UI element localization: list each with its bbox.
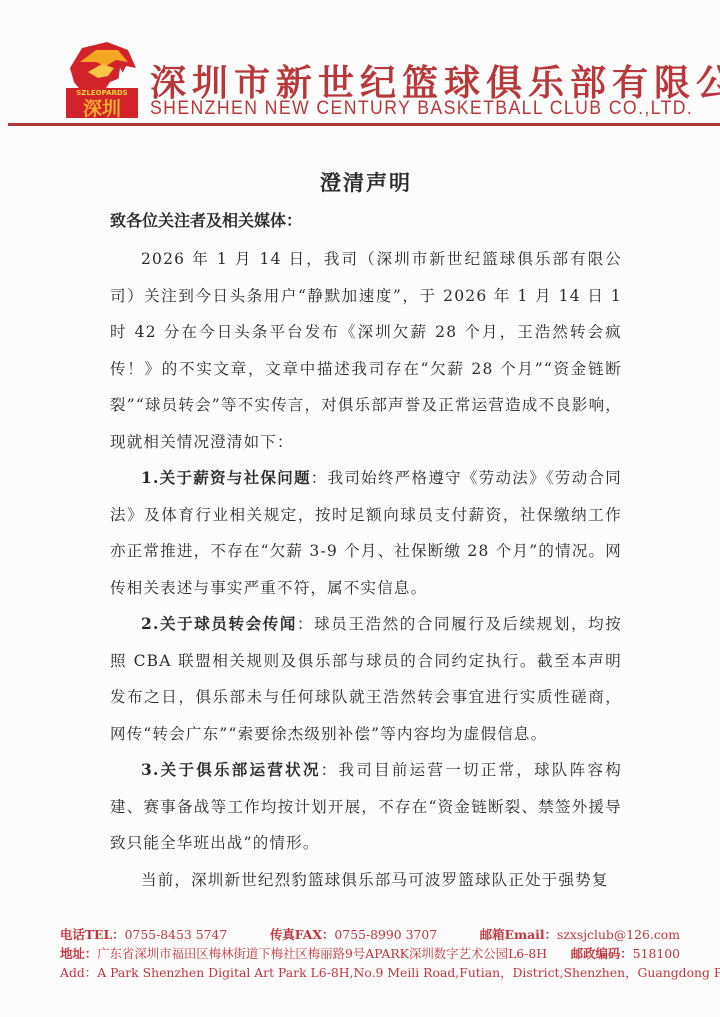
svg-text:深圳: 深圳 — [83, 98, 121, 118]
document-title: 澄清声明 — [110, 165, 622, 201]
company-name-en: SHENZHEN NEW CENTURY BASKETBALL CLUB CO.… — [150, 98, 693, 120]
paragraph-operations: 3.关于俱乐部运营状况：我司目前运营一切正常，球队阵容构建、赛事备战等工作均按计… — [110, 752, 622, 862]
svg-text:SZLEOPARDS: SZLEOPARDS — [76, 89, 127, 97]
address-en: Add：A Park Shenzhen Digital Art Park L6-… — [60, 963, 720, 982]
paragraph-transfer: 2.关于球员转会传闻：球员王浩然的合同履行及后续规划，均按照 CBA 联盟相关规… — [110, 606, 622, 752]
email[interactable]: 邮箱Email：szxsjclub@126.com — [480, 925, 680, 944]
salutation: 致各位关注者及相关媒体： — [110, 201, 622, 241]
postcode: 邮政编码：518100 — [571, 944, 680, 963]
address-en-row: Add：A Park Shenzhen Digital Art Park L6-… — [60, 963, 680, 982]
phone: 电话TEL：0755-8453 5747 — [60, 925, 227, 944]
header-divider — [8, 123, 720, 126]
letterhead: SZLEOPARDS 深圳 深圳市新世纪篮球俱乐部有限公司 SHENZHEN N… — [0, 0, 720, 140]
paragraph-salary: 1.关于薪资与社保问题：我司始终严格遵守《劳动法》《劳动合同法》及体育行业相关规… — [110, 460, 622, 606]
club-logo: SZLEOPARDS 深圳 — [62, 38, 142, 118]
leopard-head-icon: SZLEOPARDS 深圳 — [62, 38, 142, 118]
paragraph-current: 当前，深圳新世纪烈豹篮球俱乐部马可波罗篮球队正处于强势复 — [110, 862, 622, 899]
paragraph-intro: 2026 年 1 月 14 日，我司（深圳市新世纪篮球俱乐部有限公司）关注到今日… — [110, 241, 622, 460]
address-cn-row: 地址：广东省深圳市福田区梅林街道下梅社区梅丽路9号APARK深圳数字艺术公园L6… — [60, 944, 680, 963]
section-heading: 3.关于俱乐部运营状况 — [141, 760, 321, 779]
statement-body: 澄清声明 致各位关注者及相关媒体： 2026 年 1 月 14 日，我司（深圳市… — [110, 165, 622, 898]
fax: 传真FAX：0755-8990 3707 — [270, 925, 437, 944]
section-heading: 1.关于薪资与社保问题 — [141, 468, 311, 487]
section-heading: 2.关于球员转会传闻 — [141, 614, 297, 633]
contact-row: 电话TEL：0755-8453 5747 传真FAX：0755-8990 370… — [60, 925, 680, 944]
address-cn: 地址：广东省深圳市福田区梅林街道下梅社区梅丽路9号APARK深圳数字艺术公园L6… — [60, 944, 547, 963]
letterhead-footer: 电话TEL：0755-8453 5747 传真FAX：0755-8990 370… — [60, 925, 680, 982]
